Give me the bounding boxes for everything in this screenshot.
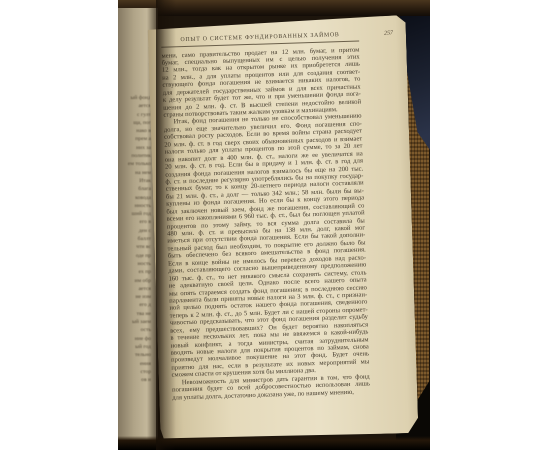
page-number: 257	[384, 30, 393, 36]
left-page-fragment: ший год	[121, 210, 151, 218]
left-page-fragment: ается	[121, 285, 151, 293]
left-page-fragment: ения	[121, 360, 151, 368]
page-content: ОПЫТ О СИСТЕМЕ ФУНДИРОВАННЫХ ЗАЙМОВ 257 …	[147, 15, 417, 402]
running-header: ОПЫТ О СИСТЕМЕ ФУНДИРОВАННЫХ ЗАЙМОВ 257	[161, 32, 359, 48]
photo-top-shadow	[118, 0, 430, 16]
left-page-fragment: ность	[121, 260, 151, 268]
left-page-fragment: политик	[121, 152, 151, 160]
body-text: мени, само правительство продает на 12 м…	[161, 46, 370, 402]
left-page-fragment: Итак	[121, 177, 151, 185]
left-page-fragment: его д	[121, 301, 151, 309]
left-page-fragment: ый фонд	[121, 94, 151, 102]
left-page-fragment: ов и	[121, 376, 151, 384]
left-page-fragment: нако в	[121, 127, 151, 135]
left-page-fragment: не изм	[121, 293, 151, 301]
left-page-fragment: ща, пог	[121, 119, 151, 127]
left-page-fragment: нность	[121, 202, 151, 210]
left-page-fragment: ковода	[121, 194, 151, 202]
left-page-fragment: блага	[121, 185, 151, 193]
left-page-fragment: с гулт	[121, 111, 151, 119]
left-page-fragment: ден с	[121, 227, 151, 235]
left-page-fragment: ый год	[121, 343, 151, 351]
left-page-fragment: прем а	[121, 135, 151, 143]
left-page-fragment: чти вс	[121, 243, 151, 251]
left-page-fragment: ость	[121, 326, 151, 334]
left-page-fragment: ние фо	[121, 335, 151, 343]
left-page-fragment: ех пр	[121, 268, 151, 276]
book-page: ОПЫТ О СИСТЕМЕ ФУНДИРОВАННЫХ ЗАЙМОВ 257 …	[147, 15, 418, 441]
left-page-fragment: баллт	[121, 235, 151, 243]
left-page-text-fragments: ый фондаетсяс гултща, погнако впрем аних…	[121, 94, 151, 384]
left-page-fragment: ается	[121, 102, 151, 110]
left-page-fragment: тельно	[121, 351, 151, 359]
book-photo: ый фондаетсяс гултща, погнако впрем аних…	[118, 0, 430, 450]
photo-canvas: ый фондаетсяс гултща, погнако впрем аних…	[0, 0, 550, 450]
left-page-fragment: его в	[121, 218, 151, 226]
left-page-fragment: оде пр	[121, 252, 151, 260]
left-page-fragment: им обр	[121, 277, 151, 285]
left-page-fragment: ем только	[121, 160, 151, 168]
left-page-fragment: них за	[121, 144, 151, 152]
left-page-fragment: стор	[121, 368, 151, 376]
running-header-title: ОПЫТ О СИСТЕМЕ ФУНДИРОВАННЫХ ЗАЙМОВ	[180, 32, 339, 43]
left-page-fragment: на нем	[121, 169, 151, 177]
left-page-fragment: ый заем	[121, 318, 151, 326]
left-page-fragment: тва не	[121, 310, 151, 318]
